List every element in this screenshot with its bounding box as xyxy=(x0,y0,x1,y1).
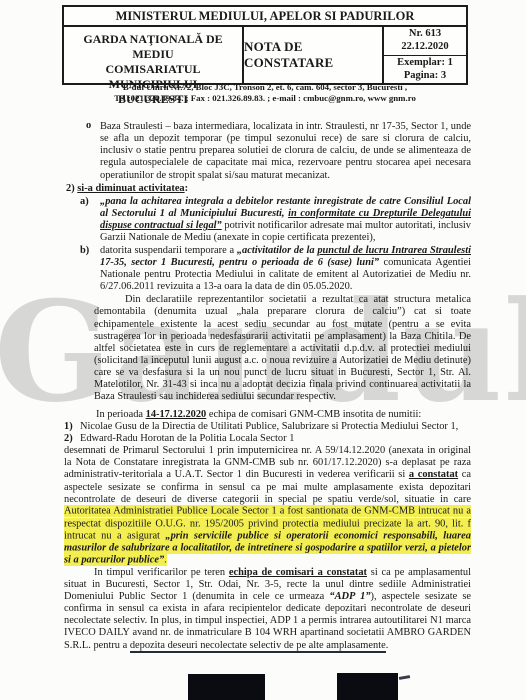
document-copy-cell: Exemplar: 1 Pagina: 3 xyxy=(384,56,466,83)
numbered-marker-2: 2) xyxy=(64,433,73,445)
list-marker-a: a) xyxy=(80,196,89,208)
document-title: NOTA DE CONSTATARE xyxy=(244,27,382,83)
org-name: GARDA NAŢIONALĂ DE MEDIU COMISARIATUL MU… xyxy=(64,27,244,83)
redaction-box-2 xyxy=(337,673,398,700)
numbered-item-2: 2) Edward-Radu Horotan de la Politia Loc… xyxy=(64,433,471,445)
header-address: B-dul Unirii Nr.72, Bloc J3C, Tronson 2,… xyxy=(62,82,468,103)
numbered-marker-1: 1) xyxy=(64,421,73,433)
numbered-item-1-text: Nicolae Gusu de la Directia de Utilitati… xyxy=(80,421,458,432)
list-marker-b: b) xyxy=(80,245,89,257)
list-item-a-text: „pana la achitarea integrala a debitelor… xyxy=(100,196,471,243)
document-body: o Baza Straulesti – baza intermediara, l… xyxy=(64,121,471,652)
section-2-heading: 2) si-a diminuat activitatea: xyxy=(66,183,471,195)
bullet-paragraph-text: Baza Straulesti – baza intermediara, loc… xyxy=(100,121,471,181)
document-number-cell: Nr. 613 22.12.2020 xyxy=(384,27,466,56)
org-line: GARDA NAŢIONALĂ DE MEDIU xyxy=(64,32,242,62)
paragraph-in-timpul: In timpul verificarilor pe teren echipa … xyxy=(64,567,471,652)
document-meta: Nr. 613 22.12.2020 Exemplar: 1 Pagina: 3 xyxy=(382,27,466,83)
paragraph-desemnati-highlighted: desemnati de Primarul Sectorului 1 prin … xyxy=(64,445,471,567)
redaction-box-1 xyxy=(188,674,265,700)
numbered-item-2-text: Edward-Radu Horotan de la Politia Locala… xyxy=(80,433,294,444)
list-item-b: b) datorita suspendarii temporare a „act… xyxy=(64,245,471,294)
address-line-2: Tel :021 326.89.84. ; Fax : 021.326.89.8… xyxy=(62,93,468,104)
list-item-b-text: datorita suspendarii temporare a „activi… xyxy=(100,245,471,292)
ministry-title: MINISTERUL MEDIULUI, APELOR SI PADURILOR xyxy=(64,7,466,27)
document-page-number: Pagina: 3 xyxy=(384,70,466,83)
document-number: Nr. 613 xyxy=(384,28,466,41)
document-date: 22.12.2020 xyxy=(384,41,466,54)
bullet-paragraph-baza-straulesti: o Baza Straulesti – baza intermediara, l… xyxy=(64,121,471,182)
paragraph-declaratii: Din declaratiile reprezentantilor societ… xyxy=(94,294,471,403)
header-row: GARDA NAŢIONALĂ DE MEDIU COMISARIATUL MU… xyxy=(64,27,466,83)
address-line-1: B-dul Unirii Nr.72, Bloc J3C, Tronson 2,… xyxy=(62,82,468,93)
bullet-icon: o xyxy=(86,120,91,132)
header-table: MINISTERUL MEDIULUI, APELOR SI PADURILOR… xyxy=(62,5,468,85)
paragraph-perioada: In perioada 14-17.12.2020 echipa de comi… xyxy=(64,409,471,421)
document-exemplar: Exemplar: 1 xyxy=(384,57,466,70)
document-page: Gandul. MINISTERUL MEDIULUI, APELOR SI P… xyxy=(0,0,526,700)
redaction-mark xyxy=(399,675,410,680)
list-item-a: a) „pana la achitarea integrala a debite… xyxy=(64,196,471,245)
numbered-item-1: 1) Nicolae Gusu de la Directia de Utilit… xyxy=(64,421,471,433)
